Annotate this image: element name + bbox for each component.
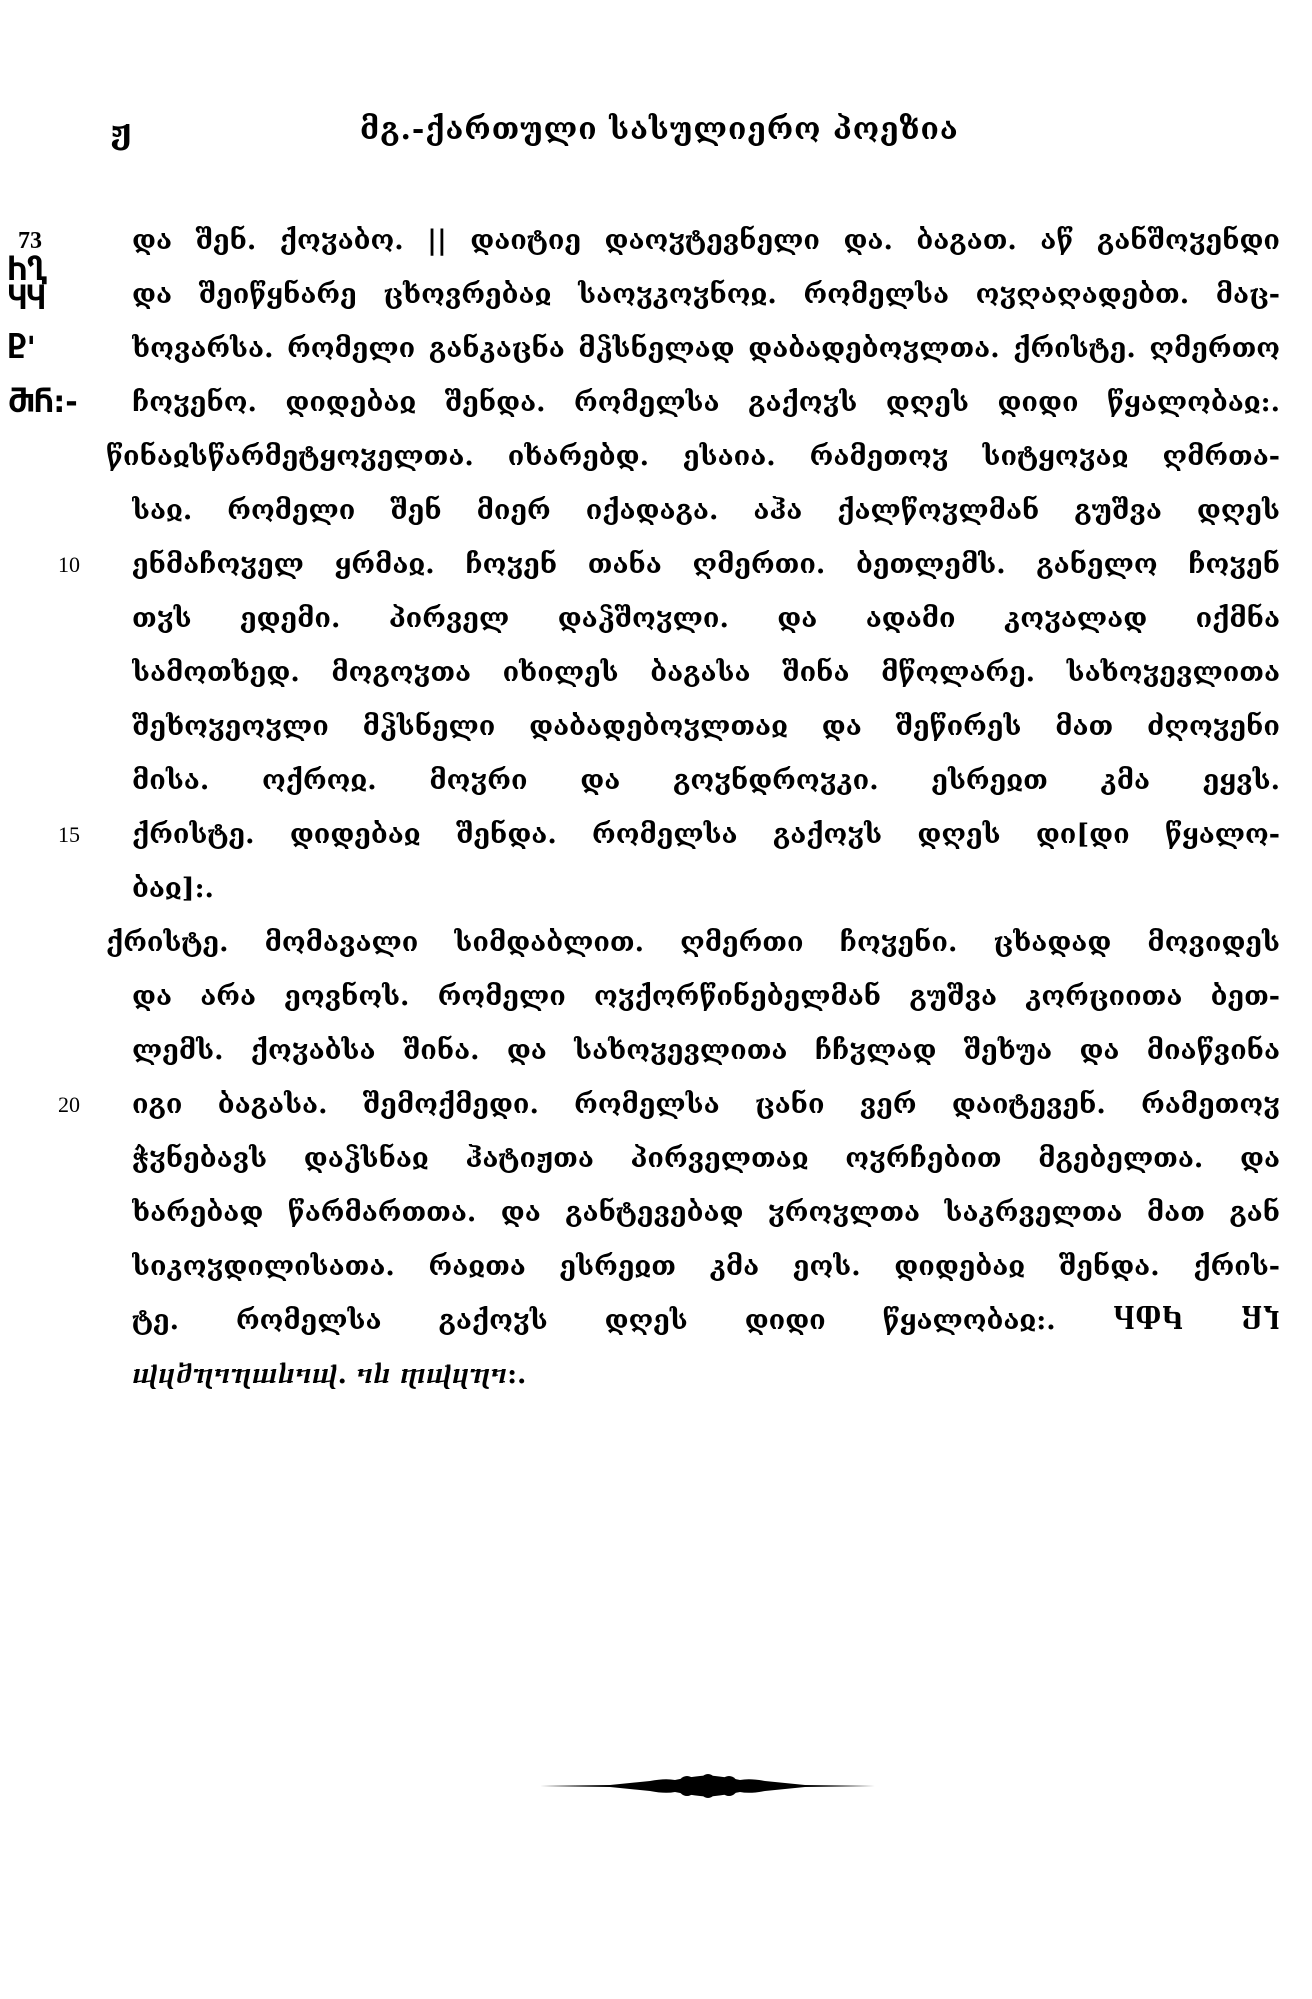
line-text: ხოვარსა. რომელი განკაცნა მჴსნელად დაბადე…	[132, 322, 1280, 376]
text-line: თჳს ედემი. პირველ დაჴშოჳლი. და ადამი კოჳ…	[0, 592, 1312, 646]
text-line: ჩოჳენო. დიდებაჲ შენდა. რომელსა გაქოჳს დღ…	[0, 376, 1312, 430]
text-line: ბაჲ]:.	[0, 862, 1312, 916]
text-line: ტე. რომელსა გაქოჳს დღეს დიდი წყალობაჲ:. …	[0, 1294, 1312, 1348]
text-line: 10ენმაჩოჳელ ყრმაჲ. ჩოჳენ თანა ღმერთი. ბე…	[0, 538, 1312, 592]
text-line: ხარებად წარმართთა. და განტევებად ჳროჳლთა…	[0, 1186, 1312, 1240]
text-line: შეხოჳეოჳლი მჴსნელი დაბადებოჳლთაჲ და შეწი…	[0, 700, 1312, 754]
book-page: ჟ მგ.-ქართული სასულიერო პოეზია 73ႹႢႷႷႲ'Ⴋ…	[0, 0, 1312, 1999]
line-text: თჳს ედემი. პირველ დაჴშოჳლი. და ადამი კოჳ…	[132, 592, 1280, 646]
line-text: ჭჳნებავს დაჴსნაჲ ჰატიჟთა პირველთაჲ ოჳრჩე…	[132, 1132, 1280, 1186]
hymn-text: 73ႹႢႷႷႲ'ႫႬ:- და შენ. ქოჳაბო. || დაიტიე დ…	[0, 214, 1312, 1402]
line-text: სიკოჳდილისათა. რაჲთა ესრეჲთ კმა ეოს. დიდ…	[132, 1240, 1280, 1294]
text-line: სიკოჳდილისათა. რაჲთა ესრეჲთ კმა ეოს. დიდ…	[0, 1240, 1312, 1294]
line-text: ენმაჩოჳელ ყრმაჲ. ჩოჳენ თანა ღმერთი. ბეთლ…	[132, 538, 1280, 592]
line-text: და არა ეოვნოს. რომელი ოჳქორწინებელმან გუ…	[132, 970, 1280, 1024]
line-number: 20	[58, 1078, 80, 1132]
running-head: ჟ მგ.-ქართული სასულიერო პოეზია	[0, 112, 1312, 162]
decorative-rule-ornament-icon	[540, 1772, 875, 1800]
line-text: ჩოჳენო. დიდებაჲ შენდა. რომელსა გაქოჳს დღ…	[132, 376, 1280, 430]
line-text: იგი ბაგასა. შემოქმედი. რომელსა ცანი ვერ …	[132, 1078, 1280, 1132]
line-text: ⴓⴗⴋⴄⴈⴄⴍⴑⴈⴓ. ⴈⴑ ⴅⴓⴗⴄⴈ:.	[132, 1348, 526, 1402]
text-line: ჭჳნებავს დაჴსნაჲ ჰატიჟთა პირველთაჲ ოჳრჩე…	[0, 1132, 1312, 1186]
line-text: და შენ. ქოჳაბო. || დაიტიე დაოჳტევნელი და…	[132, 214, 1280, 268]
line-text: და შეიწყნარე ცხოვრებაჲ საოჳკოჳნოჲ. რომელ…	[132, 268, 1280, 322]
text-line: საჲ. რომელი შენ მიერ იქადაგა. აჰა ქალწოჳ…	[0, 484, 1312, 538]
line-text: წინაჲსწარმეტყოჳელთა. იხარებდ. ესაია. რამ…	[106, 430, 1280, 484]
line-text: ლემს. ქოჳაბსა შინა. და სახოჳევლითა ჩჩჳლა…	[132, 1024, 1280, 1078]
text-line: ხოვარსა. რომელი განკაცნა მჴსნელად დაბადე…	[0, 322, 1312, 376]
line-text: ხარებად წარმართთა. და განტევებად ჳროჳლთა…	[132, 1186, 1280, 1240]
text-line: 20იგი ბაგასა. შემოქმედი. რომელსა ცანი ვე…	[0, 1078, 1312, 1132]
line-number: 10	[58, 538, 80, 592]
running-title: მგ.-ქართული სასულიერო პოეზია	[360, 112, 959, 147]
text-lines: და შენ. ქოჳაბო. || დაიტიე დაოჳტევნელი და…	[0, 214, 1312, 1402]
text-line: ქრისტე. მომავალი სიმდაბლით. ღმერთი ჩოჳენ…	[0, 916, 1312, 970]
line-text: მისა. ოქროჲ. მოჳრი და გოჳნდროჳკი. ესრეჲთ…	[132, 754, 1280, 808]
page-number: ჟ	[110, 112, 132, 152]
text-line: ⴓⴗⴋⴄⴈⴄⴍⴑⴈⴓ. ⴈⴑ ⴅⴓⴗⴄⴈ:.	[0, 1348, 1312, 1402]
line-number: 15	[58, 808, 80, 862]
line-text: შეხოჳეოჳლი მჴსნელი დაბადებოჳლთაჲ და შეწი…	[132, 700, 1280, 754]
text-line: ლემს. ქოჳაბსა შინა. და სახოჳევლითა ჩჩჳლა…	[0, 1024, 1312, 1078]
text-line: წინაჲსწარმეტყოჳელთა. იხარებდ. ესაია. რამ…	[0, 430, 1312, 484]
text-line: მისა. ოქროჲ. მოჳრი და გოჳნდროჳკი. ესრეჲთ…	[0, 754, 1312, 808]
text-line: სამოთხედ. მოგოჳთა იხილეს ბაგასა შინა მწო…	[0, 646, 1312, 700]
line-text: საჲ. რომელი შენ მიერ იქადაგა. აჰა ქალწოჳ…	[132, 484, 1280, 538]
line-text: სამოთხედ. მოგოჳთა იხილეს ბაგასა შინა მწო…	[132, 646, 1280, 700]
line-text: ბაჲ]:.	[132, 862, 214, 916]
line-text: ტე. რომელსა გაქოჳს დღეს დიდი წყალობაჲ:. …	[132, 1294, 1280, 1348]
text-line: და არა ეოვნოს. რომელი ოჳქორწინებელმან გუ…	[0, 970, 1312, 1024]
text-line: და შეიწყნარე ცხოვრებაჲ საოჳკოჳნოჲ. რომელ…	[0, 268, 1312, 322]
text-line: და შენ. ქოჳაბო. || დაიტიე დაოჳტევნელი და…	[0, 214, 1312, 268]
line-text: ქრისტე. დიდებაჲ შენდა. რომელსა გაქოჳს დღ…	[132, 808, 1280, 862]
text-line: 15ქრისტე. დიდებაჲ შენდა. რომელსა გაქოჳს …	[0, 808, 1312, 862]
line-text: ქრისტე. მომავალი სიმდაბლით. ღმერთი ჩოჳენ…	[106, 916, 1280, 970]
